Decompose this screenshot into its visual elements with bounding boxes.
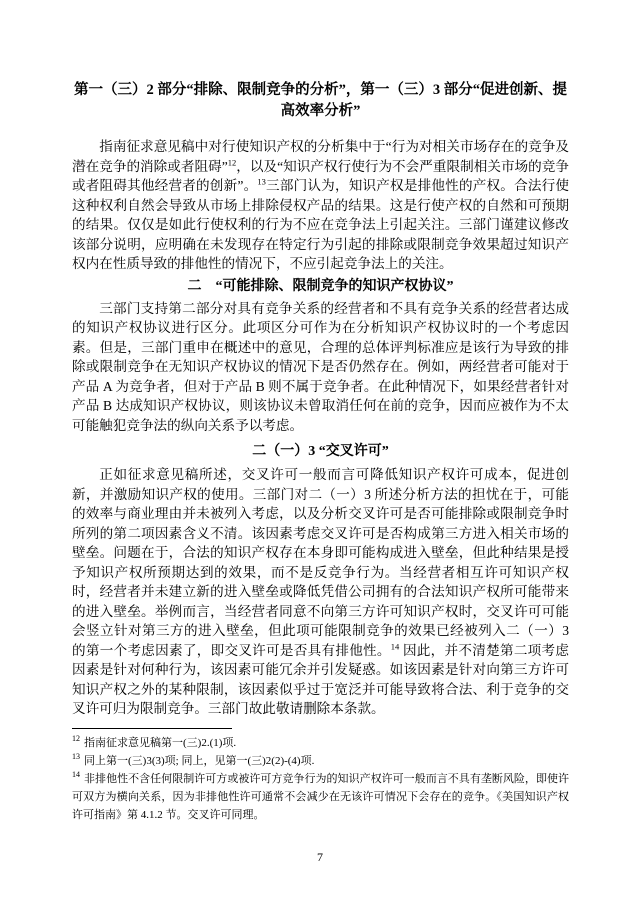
footnote-ref-14: 14 [391,641,400,651]
footnote-ref-12: 12 [228,157,237,167]
section-heading-part2: 二 “可能排除、限制竞争的知识产权协议” [72,277,569,297]
paragraph-text: 正如征求意见稿所述，交叉许可一般而言可降低知识产权许可成本，促进创新，并激励知识… [72,467,569,658]
footnote-text: 同上第一(三)3(3)项; 同上，见第一(三)2(2)-(4)项. [84,755,314,767]
footnote-13: 13同上第一(三)3(3)项; 同上，见第一(三)2(2)-(4)项. [72,752,569,770]
footnote-text: 指南征求意见稿第一(三)2.(1)项. [84,737,236,749]
footnote-separator [72,728,232,729]
paragraph-cross-licensing: 正如征求意见稿所述，交叉许可一般而言可降低知识产权许可成本，促进创新，并激励知识… [72,465,569,719]
paragraph-ip-exercise-analysis: 指南征求意见稿中对行使知识产权的分析集中于“行为对相关市场存在的竞争及潜在竞争的… [72,137,569,274]
footnote-number: 12 [72,734,80,743]
footnote-ref-13: 13 [257,176,266,186]
footnote-number: 13 [72,752,80,761]
document-content: 第一（三）2 部分“排除、限制竞争的分析”，第一（三）3 部分“促进创新、提高效… [72,80,569,719]
footnote-text: 非排他性不含任何限制许可方或被许可方竞争行为的知识产权许可一般而言不具有垄断风险… [72,773,569,821]
page-number: 7 [0,849,640,865]
document-page: 第一（三）2 部分“排除、限制竞争的分析”，第一（三）3 部分“促进创新、提高效… [0,0,640,905]
footnotes-section: 12指南征求意见稿第一(三)2.(1)项. 13同上第一(三)3(3)项; 同上… [72,728,569,824]
footnote-12: 12指南征求意见稿第一(三)2.(1)项. [72,734,569,752]
paragraph-ip-agreements: 三部门支持第二部分对具有竞争关系的经营者和不具有竞争关系的经营者达成的知识产权协… [72,299,569,436]
footnote-number: 14 [72,770,80,779]
paragraph-text: 三部门支持第二部分对具有竞争关系的经营者和不具有竞争关系的经营者达成的知识产权协… [72,301,569,433]
section-heading-cross-license: 二（一）3 “交叉许可” [72,442,569,462]
footnote-14: 14非排他性不含任何限制许可方或被许可方竞争行为的知识产权许可一般而言不具有垄断… [72,770,569,824]
section-heading-part1: 第一（三）2 部分“排除、限制竞争的分析”，第一（三）3 部分“促进创新、提高效… [72,80,569,122]
